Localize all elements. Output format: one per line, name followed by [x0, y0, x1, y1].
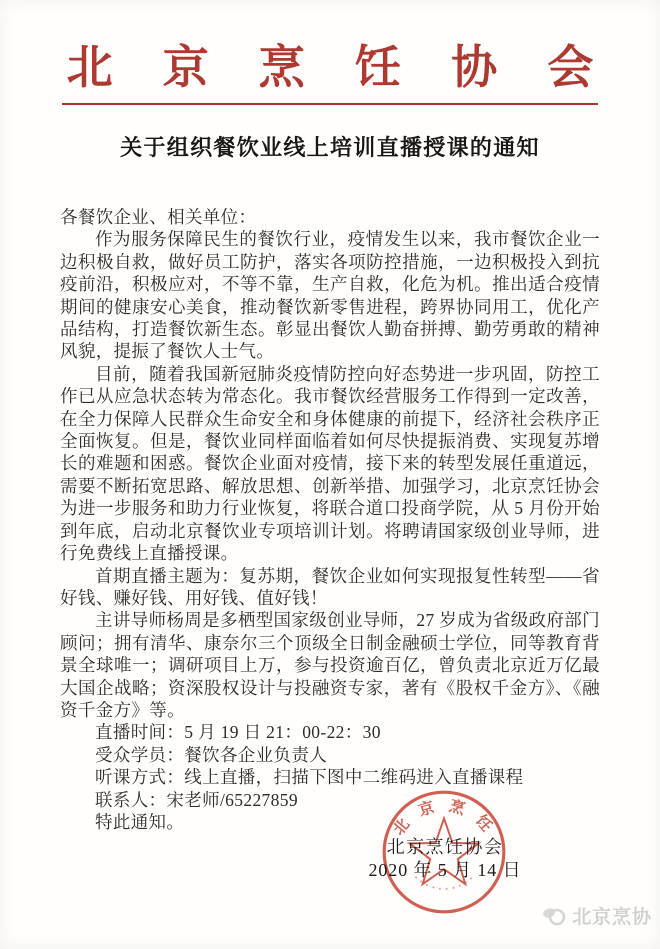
header-divider: [62, 103, 598, 105]
salutation: 各餐饮企业、相关单位：: [60, 206, 600, 228]
detail-contact: 联系人：宋老师/65227859: [60, 789, 600, 811]
paragraph: 主讲导师杨周是多栖型国家级创业导师，27 岁成为省级政府部门顾问；拥有清华、康奈…: [60, 609, 600, 721]
beijing-pengxie-logo-icon: [542, 905, 568, 927]
signature-date: 2020 年 5 月 14 日: [330, 859, 560, 882]
signature-block: 北京烹饪协会 2020 年 5 月 14 日: [330, 836, 560, 882]
paragraph: 首期直播主题为：复苏期，餐饮企业如何实现报复性转型——省好钱、赚好钱、用好钱、值…: [60, 565, 600, 610]
signature-org: 北京烹饪协会: [330, 836, 560, 859]
detail-method: 听课方式：线上直播，扫描下图中二维码进入直播课程: [60, 766, 600, 788]
notice-body: 各餐饮企业、相关单位： 作为服务保障民生的餐饮行业，疫情发生以来，我市餐饮企业一…: [60, 206, 600, 833]
detail-live-time: 直播时间：5 月 19 日 21：00-22：30: [60, 721, 600, 743]
watermark-label: 北京烹协: [572, 902, 652, 929]
closing-line: 特此通知。: [60, 811, 600, 833]
org-title: 北 京 烹 饪 协 会: [0, 0, 660, 95]
document-page: 北 京 烹 饪 协 会 关于组织餐饮业线上培训直播授课的通知 各餐饮企业、相关单…: [0, 0, 660, 949]
detail-audience: 受众学员：餐饮各企业负责人: [60, 744, 600, 766]
paragraph: 作为服务保障民生的餐饮行业，疫情发生以来，我市餐饮企业一边积极自救，做好员工防护…: [60, 228, 600, 362]
paragraph: 目前，随着我国新冠肺炎疫情防控向好态势进一步巩固，防控工作已从应急状态转为常态化…: [60, 363, 600, 565]
notice-title: 关于组织餐饮业线上培训直播授课的通知: [0, 131, 660, 162]
watermark: 北京烹协: [542, 902, 652, 929]
